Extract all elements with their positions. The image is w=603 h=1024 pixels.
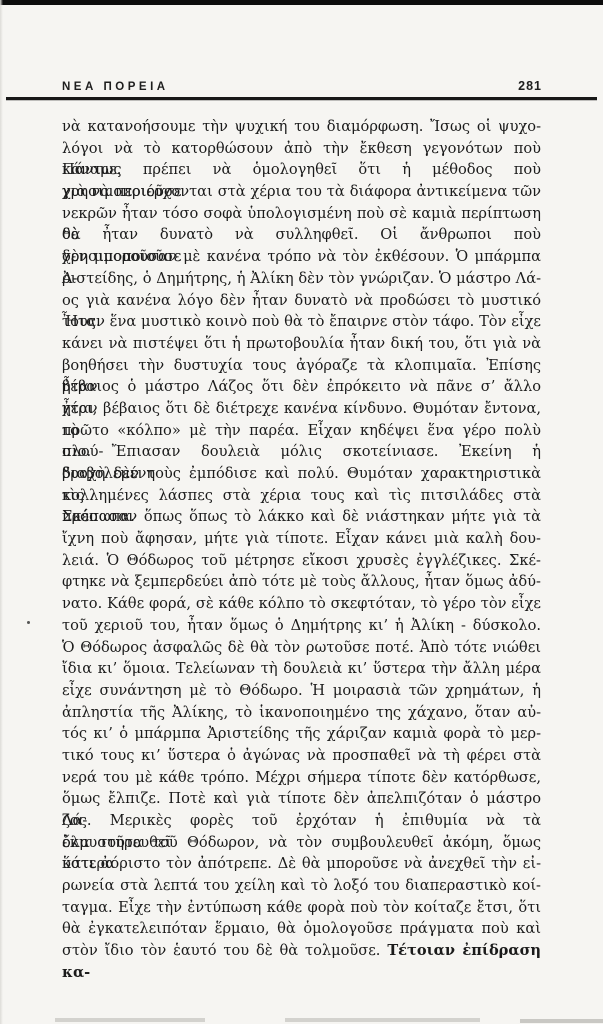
scan-artifact-top-strip (0, 0, 603, 5)
text-line: λειά. Ὁ Θόδωρος τοῦ μέτρησε εἴκοσι χρυσὲ… (62, 550, 541, 572)
page-header: ΝΕΑ ΠΟΡΕΙΑ 281 (62, 79, 542, 95)
scan-artifact-bottom-strip (520, 1019, 603, 1023)
text-line: ἴχνη ποὺ ἄφησαν, μήτε γιὰ τίποτε. Εἶχαν … (62, 528, 541, 550)
text-line: ρωνεία στὰ λεπτά του χείλη καὶ τὸ λοξό τ… (62, 875, 541, 897)
text-line: θὰ ἐγκατελειπόταν ἕρμαιο, θὰ ὁμολογοῦσε … (62, 918, 541, 940)
text-line: γιὰ νὰ περιέρχονται στὰ χέρια του τὰ διά… (62, 181, 541, 203)
header-rule (6, 97, 597, 100)
text-line: λόγοι νὰ τὸ κατορθώσουν ἀπὸ τὴν ἔκθεση γ… (62, 138, 541, 160)
text-line: Σκέπασαν ὅπως ὅπως τὸ λάκκο καὶ δὲ νιάστ… (62, 506, 541, 528)
text-line: σιο. Ἔπιασαν δουλειὰ μόλις σκοτείνιασε. … (62, 441, 541, 463)
text-line: τοῦ χεριοῦ του, ἦταν ὅμως ὁ Δημήτρης κι’… (62, 615, 541, 637)
text-line: πρῶτο «κόλπο» μὲ τὴν παρέα. Εἶχαν κηδέψε… (62, 420, 541, 442)
journal-title: ΝΕΑ ΠΟΡΕΙΑ (62, 81, 169, 93)
text-line: δὲν μποροῦσαν μὲ κανένα τρόπο νὰ τὸν ἐκθ… (62, 246, 541, 268)
scanned-page: { "page": { "header": { "journal": "ΝΕΑ … (0, 0, 603, 1024)
text-line: τικό τους κι’ ὕστερα ὁ ἀγώνας νὰ προσπαθ… (62, 745, 541, 767)
text-line: κάνει νὰ πιστέψει ὅτι ἡ πρωτοβουλία ἦταν… (62, 333, 541, 355)
text-line: νερά του μὲ κάθε τρόπο. Μέχρι σήμερα τίπ… (62, 767, 541, 789)
text-run: στὸν ἴδιο τὸν ἑαυτό του δὲ θὰ τολμοῦσε. (62, 942, 387, 959)
text-line: ὅμως ἔλπιζε. Ποτὲ καὶ γιὰ τίποτε δὲν ἀπε… (62, 788, 541, 810)
text-line: εἶχε συνάντηση μὲ τὸ Θόδωρο. Ἡ μοιρασιὰ … (62, 680, 541, 702)
text-line: βοηθήσει τὴν δυστυχία τους ἀγόραζε τὰ κλ… (62, 355, 541, 377)
body-text: νὰ κατανοήσουμε τὴν ψυχική του διαμόρφωσ… (62, 116, 541, 962)
text-line: νατο. Κάθε φορά, σὲ κάθε κόλπο τὸ σκεφτό… (62, 593, 541, 615)
text-line: ὅλα τοῦτα τοῦ Θόδωρον, νὰ τὸν συμβουλευθ… (62, 832, 541, 854)
text-line: βέβαιος ὁ μάστρο Λάζος ὅτι δὲν ἐπρόκειτο… (62, 376, 541, 398)
text-line: θὰ ἦταν δυνατὸ νὰ συλληφθεῖ. Οἱ ἄνθρωποι… (62, 224, 541, 246)
text-line: ος γιὰ κανένα λόγο δὲν ἦταν δυνατὸ νὰ πρ… (62, 290, 541, 312)
text-line: ριστείδης, ὁ Δημήτρης, ἡ Ἀλίκη δὲν τὸν γ… (62, 268, 541, 290)
text-line: Πάντως πρέπει νὰ ὁμολογηθεῖ ὅτι ἡ μέθοδο… (62, 159, 541, 181)
text-line: ἦταν βέβαιος ὅτι δὲ διέτρεχε κανένα κίνδ… (62, 398, 541, 420)
text-line: Ἦταν ἕνα μυστικὸ κοινὸ ποὺ θὰ τὸ ἔπαιρνε… (62, 311, 541, 333)
text-line: φτηκε νὰ ξεμπερδεύει ἀπὸ τότε μὲ τοὺς ἄλ… (62, 571, 541, 593)
text-line: κολλημένες λάσπες στὰ χέρια τους καὶ τὶς… (62, 485, 541, 507)
text-line: ταγμα. Εἶχε τὴν ἐντύπωση κάθε φορὰ ποὺ τ… (62, 897, 541, 919)
text-line: τός κι’ ὁ μπάρμπα Ἀριστείδης τῆς χάριζαν… (62, 723, 541, 745)
text-line: κάτι ἀόριστο τὸν ἀπότρεπε. Δὲ θὰ μποροῦσ… (62, 853, 541, 875)
scan-artifact-bottom-strip (55, 1018, 205, 1022)
text-line: Ὁ Θόδωρος ἀσφαλῶς δὲ θὰ τὸν ρωτοῦσε ποτέ… (62, 637, 541, 659)
text-line: ἴδια κι’ ὅμοια. Τελείωναν τὴ δουλειὰ κι’… (62, 658, 541, 680)
text-line: στὸν ἴδιο τὸν ἑαυτό του δὲ θὰ τολμοῦσε. … (62, 940, 541, 962)
text-line: νεκρῶν ἦταν τόσο σοφὰ ὑπολογισμένη ποὺ σ… (62, 203, 541, 225)
scan-artifact-left-edge (0, 0, 3, 1024)
text-line: ζος. Μερικὲς φορὲς τοῦ ἐρχόταν ἡ ἐπιθυμί… (62, 810, 541, 832)
text-line: νὰ κατανοήσουμε τὴν ψυχική του διαμόρφωσ… (62, 116, 541, 138)
scan-artifact-bottom-strip (285, 1018, 480, 1022)
text-line: ἀπληστία τῆς Ἀλίκης, τὸ ἱκανοποιημένο τη… (62, 702, 541, 724)
scan-artifact-speck (27, 621, 30, 624)
text-line: βροχὴ δὲν τοὺς ἐμπόδισε καὶ πολύ. Θυμότα… (62, 463, 541, 485)
page-number: 281 (518, 79, 542, 93)
